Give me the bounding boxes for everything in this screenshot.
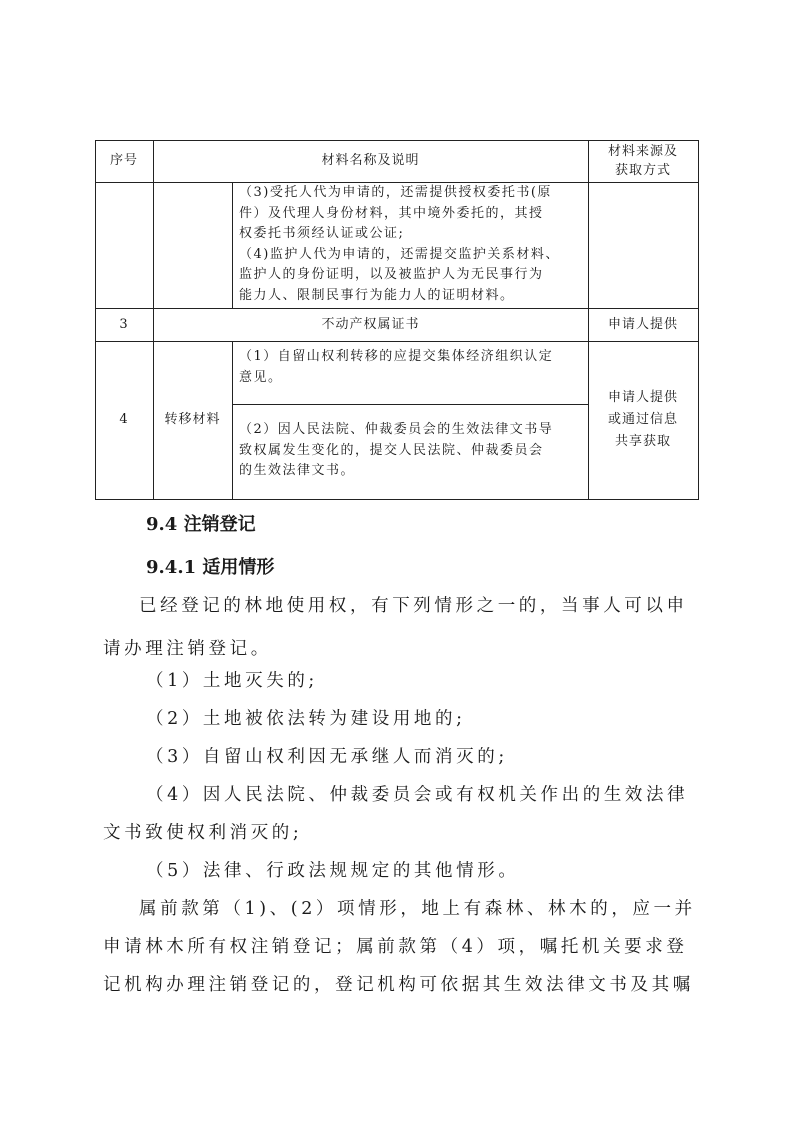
materials-table: 序号 材料名称及说明 材料来源及 获取方式 （3)受托人代为申请的，还需提供授权… bbox=[95, 140, 698, 499]
row-4-source: 申请人提供 或通过信息 共享获取 bbox=[588, 341, 698, 499]
list-item-1: （1）土地灭失的; bbox=[146, 667, 318, 692]
row-4-item-1: （1）自留山权利转移的应提交集体经济组织认定 意见。 bbox=[233, 347, 588, 404]
list-item-4-cont: 文书致使权利消灭的; bbox=[103, 819, 302, 844]
subsection-heading: 9.4.1 适用情形 bbox=[146, 553, 274, 579]
header-no: 序号 bbox=[95, 140, 153, 182]
row-4-item-2: （2）因人民法院、仲裁委员会的生效法律文书导 致权属发生变化的，提交人民法院、仲… bbox=[233, 420, 588, 499]
table-row-continuation: （3)受托人代为申请的，还需提供授权委托书(原 件）及代理人身份材料，其中境外委… bbox=[233, 183, 588, 308]
header-source: 材料来源及 获取方式 bbox=[588, 140, 698, 182]
list-item-4: （4）因人民法院、仲裁委员会或有权机关作出的生效法律 bbox=[146, 781, 688, 806]
subrow-divider bbox=[232, 404, 588, 405]
closing-line-1: 属前款第（1)、(2）项情形，地上有森林、林木的，应一并 bbox=[139, 895, 696, 920]
table-border-right bbox=[698, 140, 699, 500]
closing-line-3: 记机构办理注销登记的，登记机构可依据其生效法律文书及其嘱 bbox=[103, 971, 694, 996]
list-item-3: （3）自留山权利因无承继人而消灭的; bbox=[146, 743, 508, 768]
list-item-5: （5）法律、行政法规规定的其他情形。 bbox=[146, 857, 519, 882]
table-border-bottom bbox=[95, 499, 698, 500]
intro-line-2: 请办理注销登记。 bbox=[103, 635, 272, 660]
row-4-no: 4 bbox=[95, 341, 153, 499]
closing-line-2: 申请林木所有权注销登记；属前款第（4）项，嘱托机关要求登 bbox=[103, 933, 687, 958]
list-item-2: （2）土地被依法转为建设用地的; bbox=[146, 705, 466, 730]
row-4-name: 转移材料 bbox=[153, 341, 232, 499]
section-heading: 9.4 注销登记 bbox=[146, 510, 256, 536]
row-3-description: 不动产权属证书 bbox=[153, 308, 588, 341]
row-3-source: 申请人提供 bbox=[588, 308, 698, 341]
intro-line-1: 已经登记的林地使用权，有下列情形之一的，当事人可以申 bbox=[139, 592, 688, 617]
row-3-no: 3 bbox=[95, 308, 153, 341]
header-material: 材料名称及说明 bbox=[153, 140, 588, 182]
